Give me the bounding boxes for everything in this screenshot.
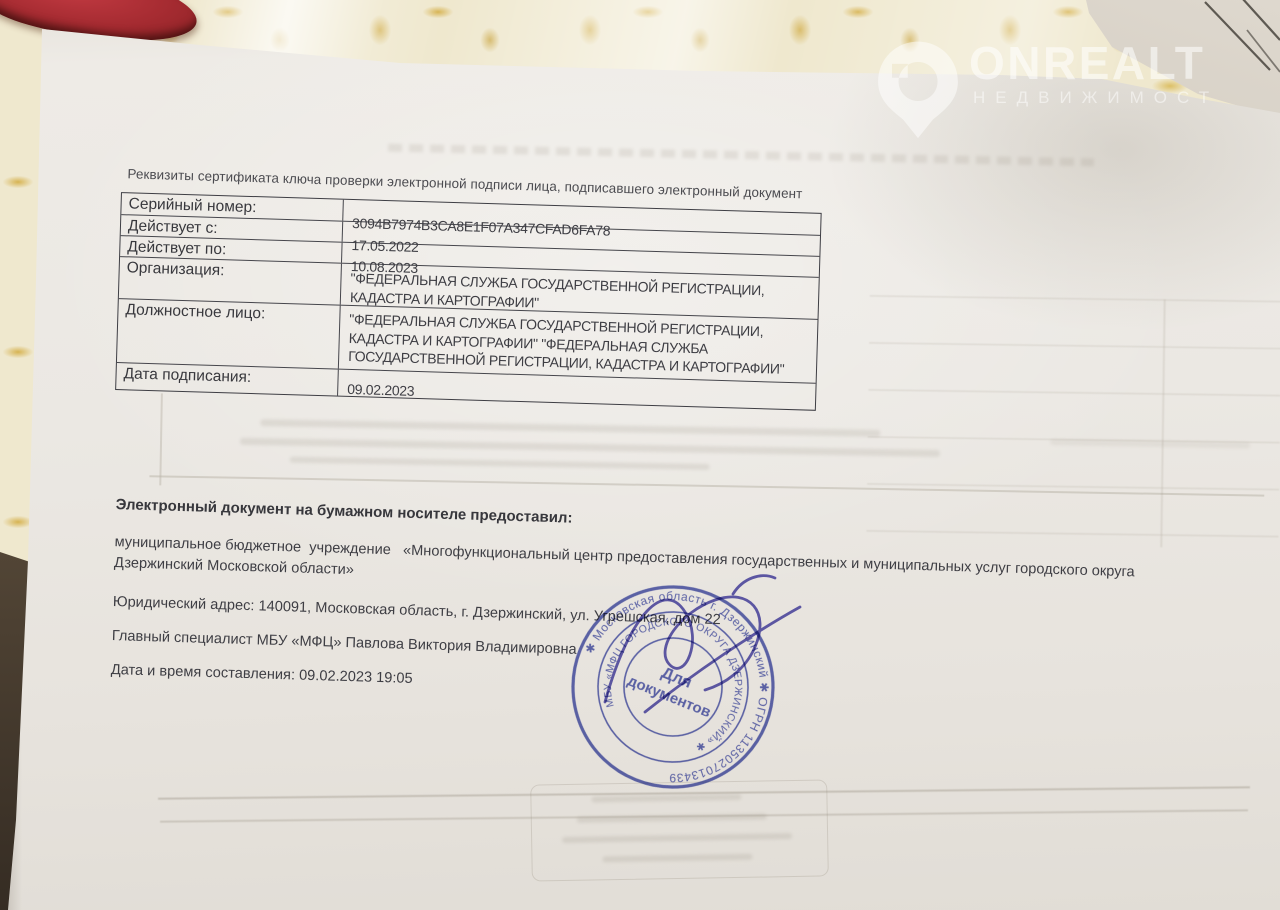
composed-datetime-line: Дата и время составления: 09.02.2023 19:… [110, 660, 412, 690]
signature [585, 552, 820, 727]
row-label: Организация: [119, 257, 342, 305]
provider-heading: Электронный документ на бумажном носител… [115, 496, 572, 527]
specialist-line: Главный специалист МБУ «МФЦ» Павлова Вик… [111, 626, 576, 661]
row-label: Должностное лицо: [117, 299, 341, 369]
row-label: Дата подписания: [116, 363, 339, 396]
photo-scene: Реквизиты сертификата ключа проверки эле… [0, 0, 1280, 910]
certificate-table: Серийный номер: 3094B7974B3CA8E1F07A347C… [115, 192, 822, 411]
